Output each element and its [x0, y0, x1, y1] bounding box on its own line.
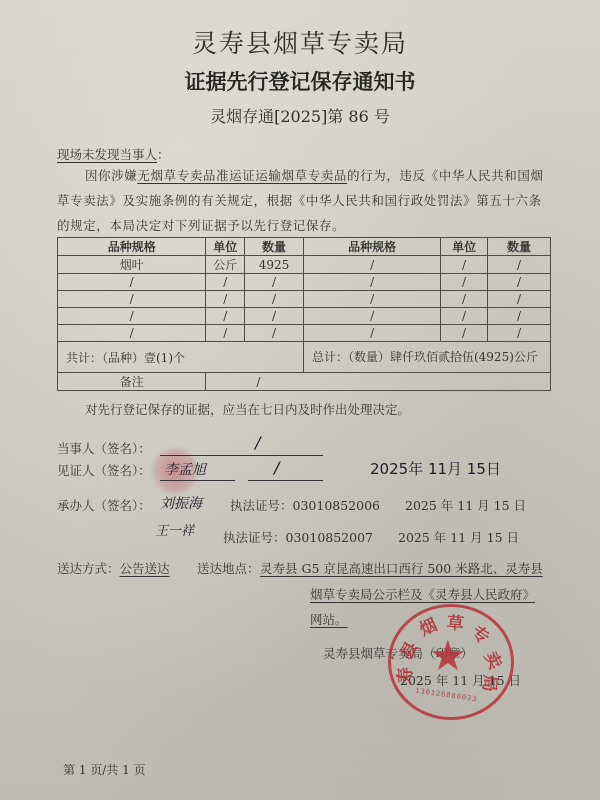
witness-signature-line: 李孟旭 — [160, 462, 235, 481]
witness-date: 2025年 11月 15日 — [370, 458, 501, 479]
col-header: 品种规格 — [58, 238, 206, 256]
handler-date-2: 2025 年 11 月 15 日 — [398, 525, 519, 550]
remarks-label: 备注 — [58, 373, 206, 391]
total-quantity: 总计：（数量）肆仟玖佰贰拾伍(4925)公斤 — [303, 342, 550, 373]
delivery-place-line1: 灵寿县 G5 京昆高速出口西行 500 米路北、灵寿县 — [260, 556, 543, 581]
delivery-place-line2: 烟草专卖局公示栏及《灵寿县人民政府》 — [310, 582, 535, 607]
table-row: /// /// — [58, 291, 551, 308]
handler-date-1: 2025 年 11 月 15 日 — [405, 493, 526, 518]
evidence-table: 品种规格 单位 数量 品种规格 单位 数量 烟叶公斤4925 /// /// /… — [57, 237, 551, 391]
document-number: 灵烟存通[2025]第 86 号 — [0, 104, 600, 127]
handler-signature-1: 刘振海 — [160, 493, 202, 513]
processing-notice: 对先行登记保存的证据，应当在七日内及时作出处理决定。 — [85, 397, 410, 422]
table-row: /// /// — [58, 308, 551, 325]
handler-signature-label: 承办人（签名）： — [57, 493, 151, 518]
table-row: 烟叶公斤4925 /// — [58, 256, 551, 274]
official-seal: 县 烟 草 专 卖 局 寿 ★ 130126880033 — [388, 604, 514, 720]
totals-row: 共计：（品种）壹(1)个 总计：（数量）肆仟玖佰贰拾伍(4925)公斤 — [58, 342, 551, 373]
delivery-method: 送达方式：公告送达 — [57, 556, 170, 581]
agency-name: 灵寿县烟草专卖局 — [0, 24, 600, 60]
remarks-value: / — [206, 373, 551, 391]
page-number: 第 1 页/共 1 页 — [63, 758, 146, 783]
col-header: 单位 — [206, 238, 245, 256]
table-row: /// /// — [58, 274, 551, 291]
total-kinds: 共计：（品种）壹(1)个 — [58, 342, 304, 373]
witness-signature-label: 见证人（签名）： — [57, 458, 151, 483]
col-header: 品种规格 — [303, 238, 440, 256]
document-title: 证据先行登记保存通知书 — [0, 66, 600, 96]
notice-paragraph: 因你涉嫌无烟草专卖品准运证运输烟草专卖品的行为，违反《中华人民共和国烟草专卖法》… — [57, 163, 552, 238]
remarks-row: 备注 / — [58, 373, 551, 391]
addressee: 现场未发现当事人 — [57, 147, 157, 162]
col-header: 数量 — [245, 238, 304, 256]
seal-code: 130126880033 — [415, 687, 478, 704]
violation-description: 无烟草专卖品准运证运输烟草专卖品 — [137, 168, 347, 183]
col-header: 单位 — [441, 238, 488, 256]
table-row: /// /// — [58, 325, 551, 342]
col-header: 数量 — [487, 238, 550, 256]
delivery-place-line3: 网站。 — [310, 607, 348, 632]
handler-signature-2: 王一祥 — [155, 520, 194, 539]
star-icon: ★ — [429, 635, 467, 677]
table-header-row: 品种规格 单位 数量 品种规格 单位 数量 — [58, 238, 551, 256]
handler-cert-2: 执法证号：03010852007 — [223, 525, 373, 550]
witness-signature-line-2: / — [248, 462, 323, 481]
party-signature-line: / — [160, 437, 323, 456]
delivery-place-label: 送达地点： — [197, 556, 260, 581]
witness-signature: 李孟旭 — [164, 459, 206, 479]
handler-cert-1: 执法证号：03010852006 — [230, 493, 380, 518]
